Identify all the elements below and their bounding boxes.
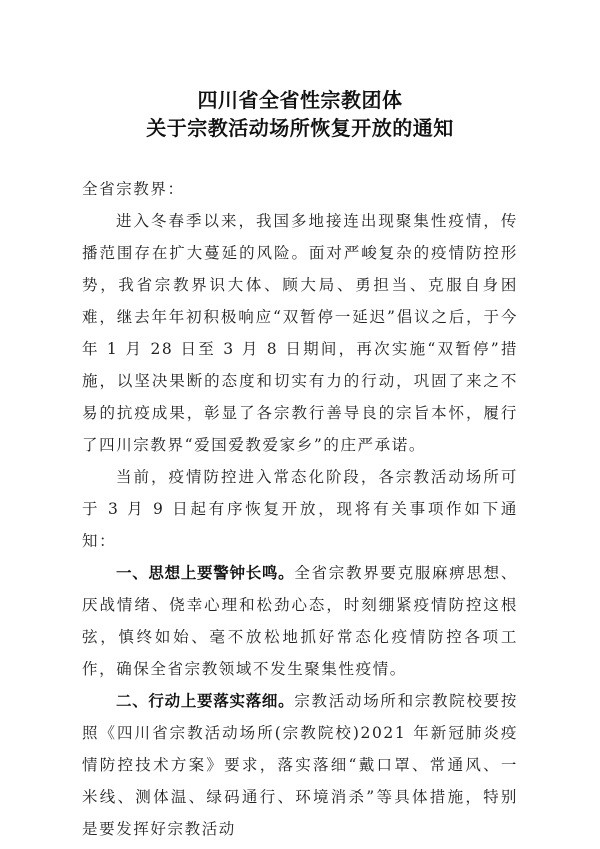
section-heading-2: 二、行动上要落实落细。	[116, 692, 294, 710]
paragraph-1: 进入冬春季以来，我国多地接连出现聚集性疫情，传播范围存在扩大蔓延的风险。面对严峻…	[82, 205, 518, 461]
document-body: 全省宗教界： 进入冬春季以来，我国多地接连出现聚集性疫情，传播范围存在扩大蔓延的…	[82, 173, 518, 845]
document-page: 四川省全省性宗教团体 关于宗教活动场所恢复开放的通知 全省宗教界： 进入冬春季以…	[0, 0, 600, 849]
section-text-2: 宗教活动场所和宗教院校要按照《四川省宗教活动场所(宗教院校)2021 年新冠肺炎…	[82, 692, 518, 838]
paragraph-4: 二、行动上要落实落细。宗教活动场所和宗教院校要按照《四川省宗教活动场所(宗教院校…	[82, 685, 518, 845]
paragraph-3: 一、思想上要警钟长鸣。全省宗教界要克服麻痹思想、厌战情绪、侥幸心理和松劲心态，时…	[82, 557, 518, 685]
paragraph-2: 当前，疫情防控进入常态化阶段，各宗教活动场所可于 3 月 9 日起有序恢复开放，…	[82, 461, 518, 557]
section-heading-1: 一、思想上要警钟长鸣。	[116, 564, 294, 582]
document-title-line-2: 关于宗教活动场所恢复开放的通知	[0, 112, 600, 141]
document-title-line-1: 四川省全省性宗教团体	[0, 84, 600, 113]
salutation: 全省宗教界：	[82, 173, 518, 205]
